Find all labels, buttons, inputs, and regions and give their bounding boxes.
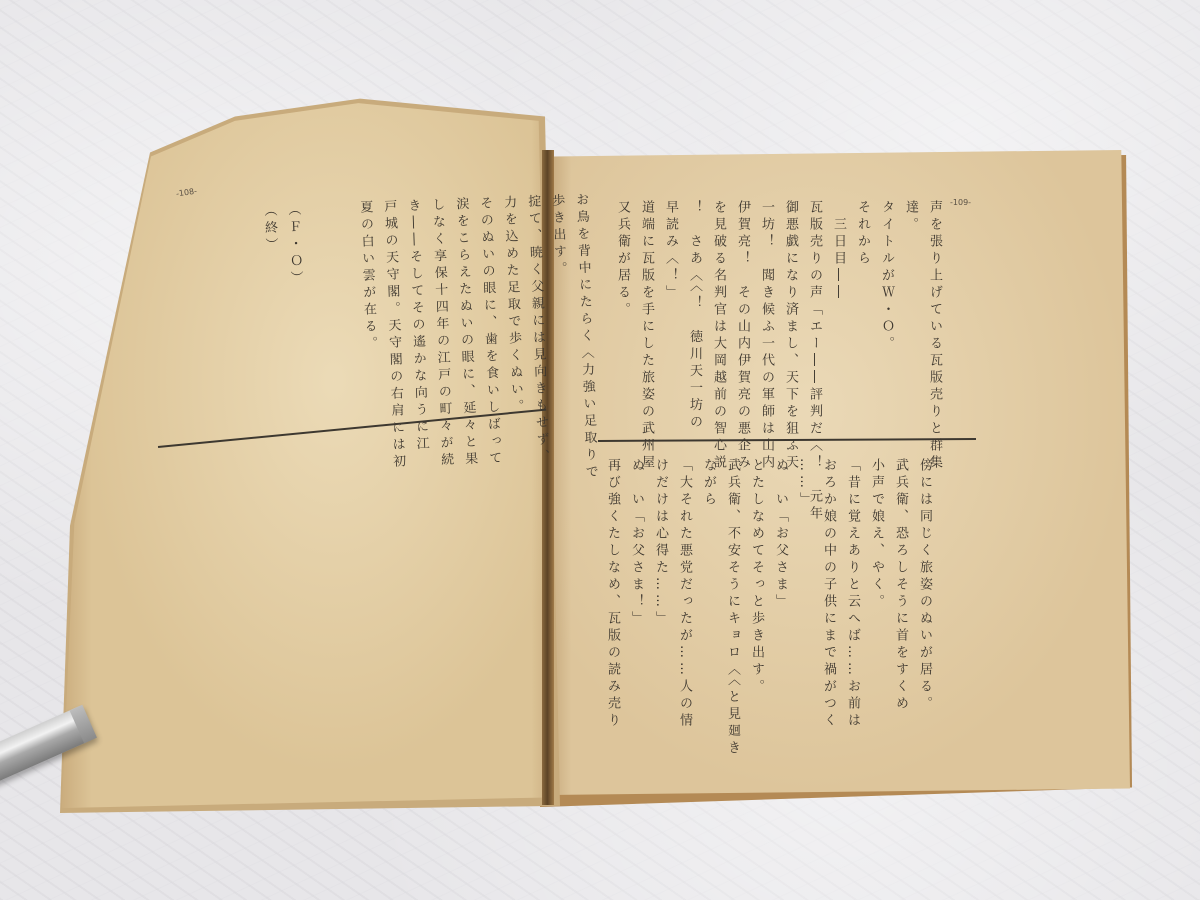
text-line: ！ さあ〈〈！ 徳川天一坊の [682, 200, 706, 430]
text-line: 小声で娘え、やく。 [864, 458, 888, 758]
text-line: ……」 [792, 458, 816, 758]
text-line: 再び強くたしなめ、瓦版の読み売り [600, 458, 624, 758]
text-line: 武兵衛、恐ろしそうに首をすくめ [888, 458, 912, 758]
text-line: おろか娘の中の子供にまで禍がつく [816, 458, 840, 758]
text-line: 一坊！ 聞き候ふ一代の軍師は山内 [754, 200, 778, 430]
text-line: 三日目―― [826, 200, 850, 430]
text-line: 達。 [898, 200, 922, 430]
text-line: 又兵衛が居る。 [610, 200, 634, 430]
text-line: けだけは心得た……」 [648, 458, 672, 758]
text-line: とたしなめてそっと歩き出す。 [744, 458, 768, 758]
text-line: ぬ い「お父さま」 [768, 458, 792, 758]
left-page-text: お鳥を背中にたらく〈力強い足取りで歩き出す。掟て、暁く父親には見向きもせず、力を… [256, 192, 604, 544]
text-line: 「大それた悪党だったが……人の情 [672, 458, 696, 758]
right-page-number: -109- [950, 198, 971, 207]
text-line: タイトルがＷ・Ｏ。 [874, 200, 898, 430]
text-line: 「昔に覚えありと云へば……お前は [840, 458, 864, 758]
text-line: を見破る名判官は大岡越前の智心説 [706, 200, 730, 430]
text-line: ぬ い「お父さま！」 [624, 458, 648, 758]
text-line: それから [850, 200, 874, 430]
right-page-lower-text: 傍には同じく旅姿のぬいが居る。武兵衛、恐ろしそうに首をすくめ小声で娘え、やく。「… [600, 458, 936, 758]
right-page-upper-text: 声を張り上げている瓦版売りと群集達。タイトルがＷ・Ｏ。それから 三日目――瓦版売… [610, 200, 946, 430]
text-line: 瓦版売りの声「エー――評判だ〈！ 元年 [802, 200, 826, 430]
text-line: 傍には同じく旅姿のぬいが居る。 [912, 458, 936, 758]
text-line: 早読み〈！」 [658, 200, 682, 430]
text-line: 伊賀亮！ その山内伊賀亮の悪企み [730, 200, 754, 430]
text-line: 道端に瓦版を手にした旅姿の武州屋 [634, 200, 658, 430]
text-line: 声を張り上げている瓦版売りと群集 [922, 200, 946, 430]
text-line: 御悪戯になり済まし、天下を狙ふ天 [778, 200, 802, 430]
text-line: 武兵衛、不安そうにキョロ〈〈と見廻き [720, 458, 744, 758]
text-line: ながら [696, 458, 720, 758]
